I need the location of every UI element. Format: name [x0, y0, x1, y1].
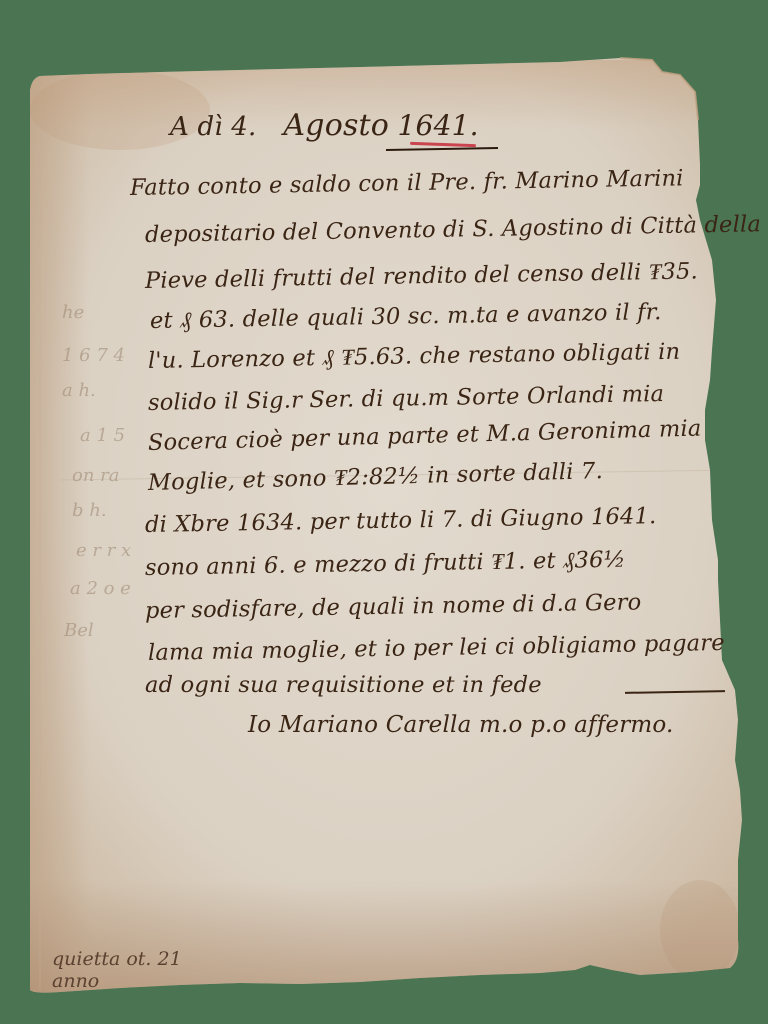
- body-line-12: lama mia moglie, et io per lei ci obligi…: [148, 630, 725, 666]
- bleed-through-text: he: [62, 302, 84, 323]
- body-line-10: sono anni 6. e mezzo di frutti ₮1. et ₰3…: [145, 547, 626, 581]
- archival-note-line-1: quietta ot. 21: [52, 948, 182, 970]
- date-underline: [386, 147, 498, 151]
- bleed-through-text: on ra: [72, 465, 120, 486]
- bleed-through-text: e r r x: [76, 540, 131, 561]
- archival-note-line-2: anno: [52, 970, 182, 992]
- body-line-9: di Xbre 1634. per tutto li 7. di Giugno …: [145, 503, 657, 538]
- body-line-6: solido il Sig.r Ser. di qu.m Sorte Orlan…: [148, 381, 665, 416]
- body-line-11: per sodisfare, de quali in nome di d.a G…: [145, 589, 642, 624]
- bleed-through-text: 1 6 7 4: [62, 345, 125, 366]
- body-line-7: Socera cioè per una parte et M.a Geronim…: [148, 416, 702, 456]
- body-line-1: Fatto conto e saldo con il Pre. fr. Mari…: [130, 165, 684, 201]
- signature: Io Mariano Carella m.o p.o affermo.: [248, 712, 674, 738]
- date-heading: A dì 4. Agosto 1641.: [170, 108, 479, 143]
- bleed-through-text: b h.: [72, 500, 107, 521]
- date-year: 1641.: [398, 109, 479, 142]
- body-line-3: Pieve delli frutti del rendito del censo…: [145, 258, 698, 294]
- body-line-5: l'u. Lorenzo et ₰ ₮5.63. che restano obl…: [148, 339, 681, 374]
- date-month: Agosto: [283, 108, 389, 143]
- body-line-13: ad ogni sua requisitione et in fede: [145, 672, 542, 698]
- manuscript-text: he 1 6 7 4 a h. a 1 5 on ra b h. e r r x…: [0, 0, 768, 1024]
- body-line-2: depositario del Convento di S. Agostino …: [145, 211, 761, 248]
- date-prefix: A dì 4.: [170, 112, 256, 142]
- body-line-4: et ₰ 63. delle quali 30 sc. m.ta e avanz…: [150, 299, 662, 334]
- bleed-through-text: Bel: [64, 620, 94, 641]
- body-line-8: Moglie, et sono ₮2:82½ in sorte dalli 7.: [148, 458, 604, 496]
- closing-flourish-rule: [625, 690, 725, 694]
- archival-note: quietta ot. 21 anno: [52, 948, 182, 992]
- bleed-through-text: a 2 o e: [70, 578, 131, 599]
- bleed-through-text: a h.: [62, 380, 96, 401]
- bleed-through-text: a 1 5: [80, 425, 125, 446]
